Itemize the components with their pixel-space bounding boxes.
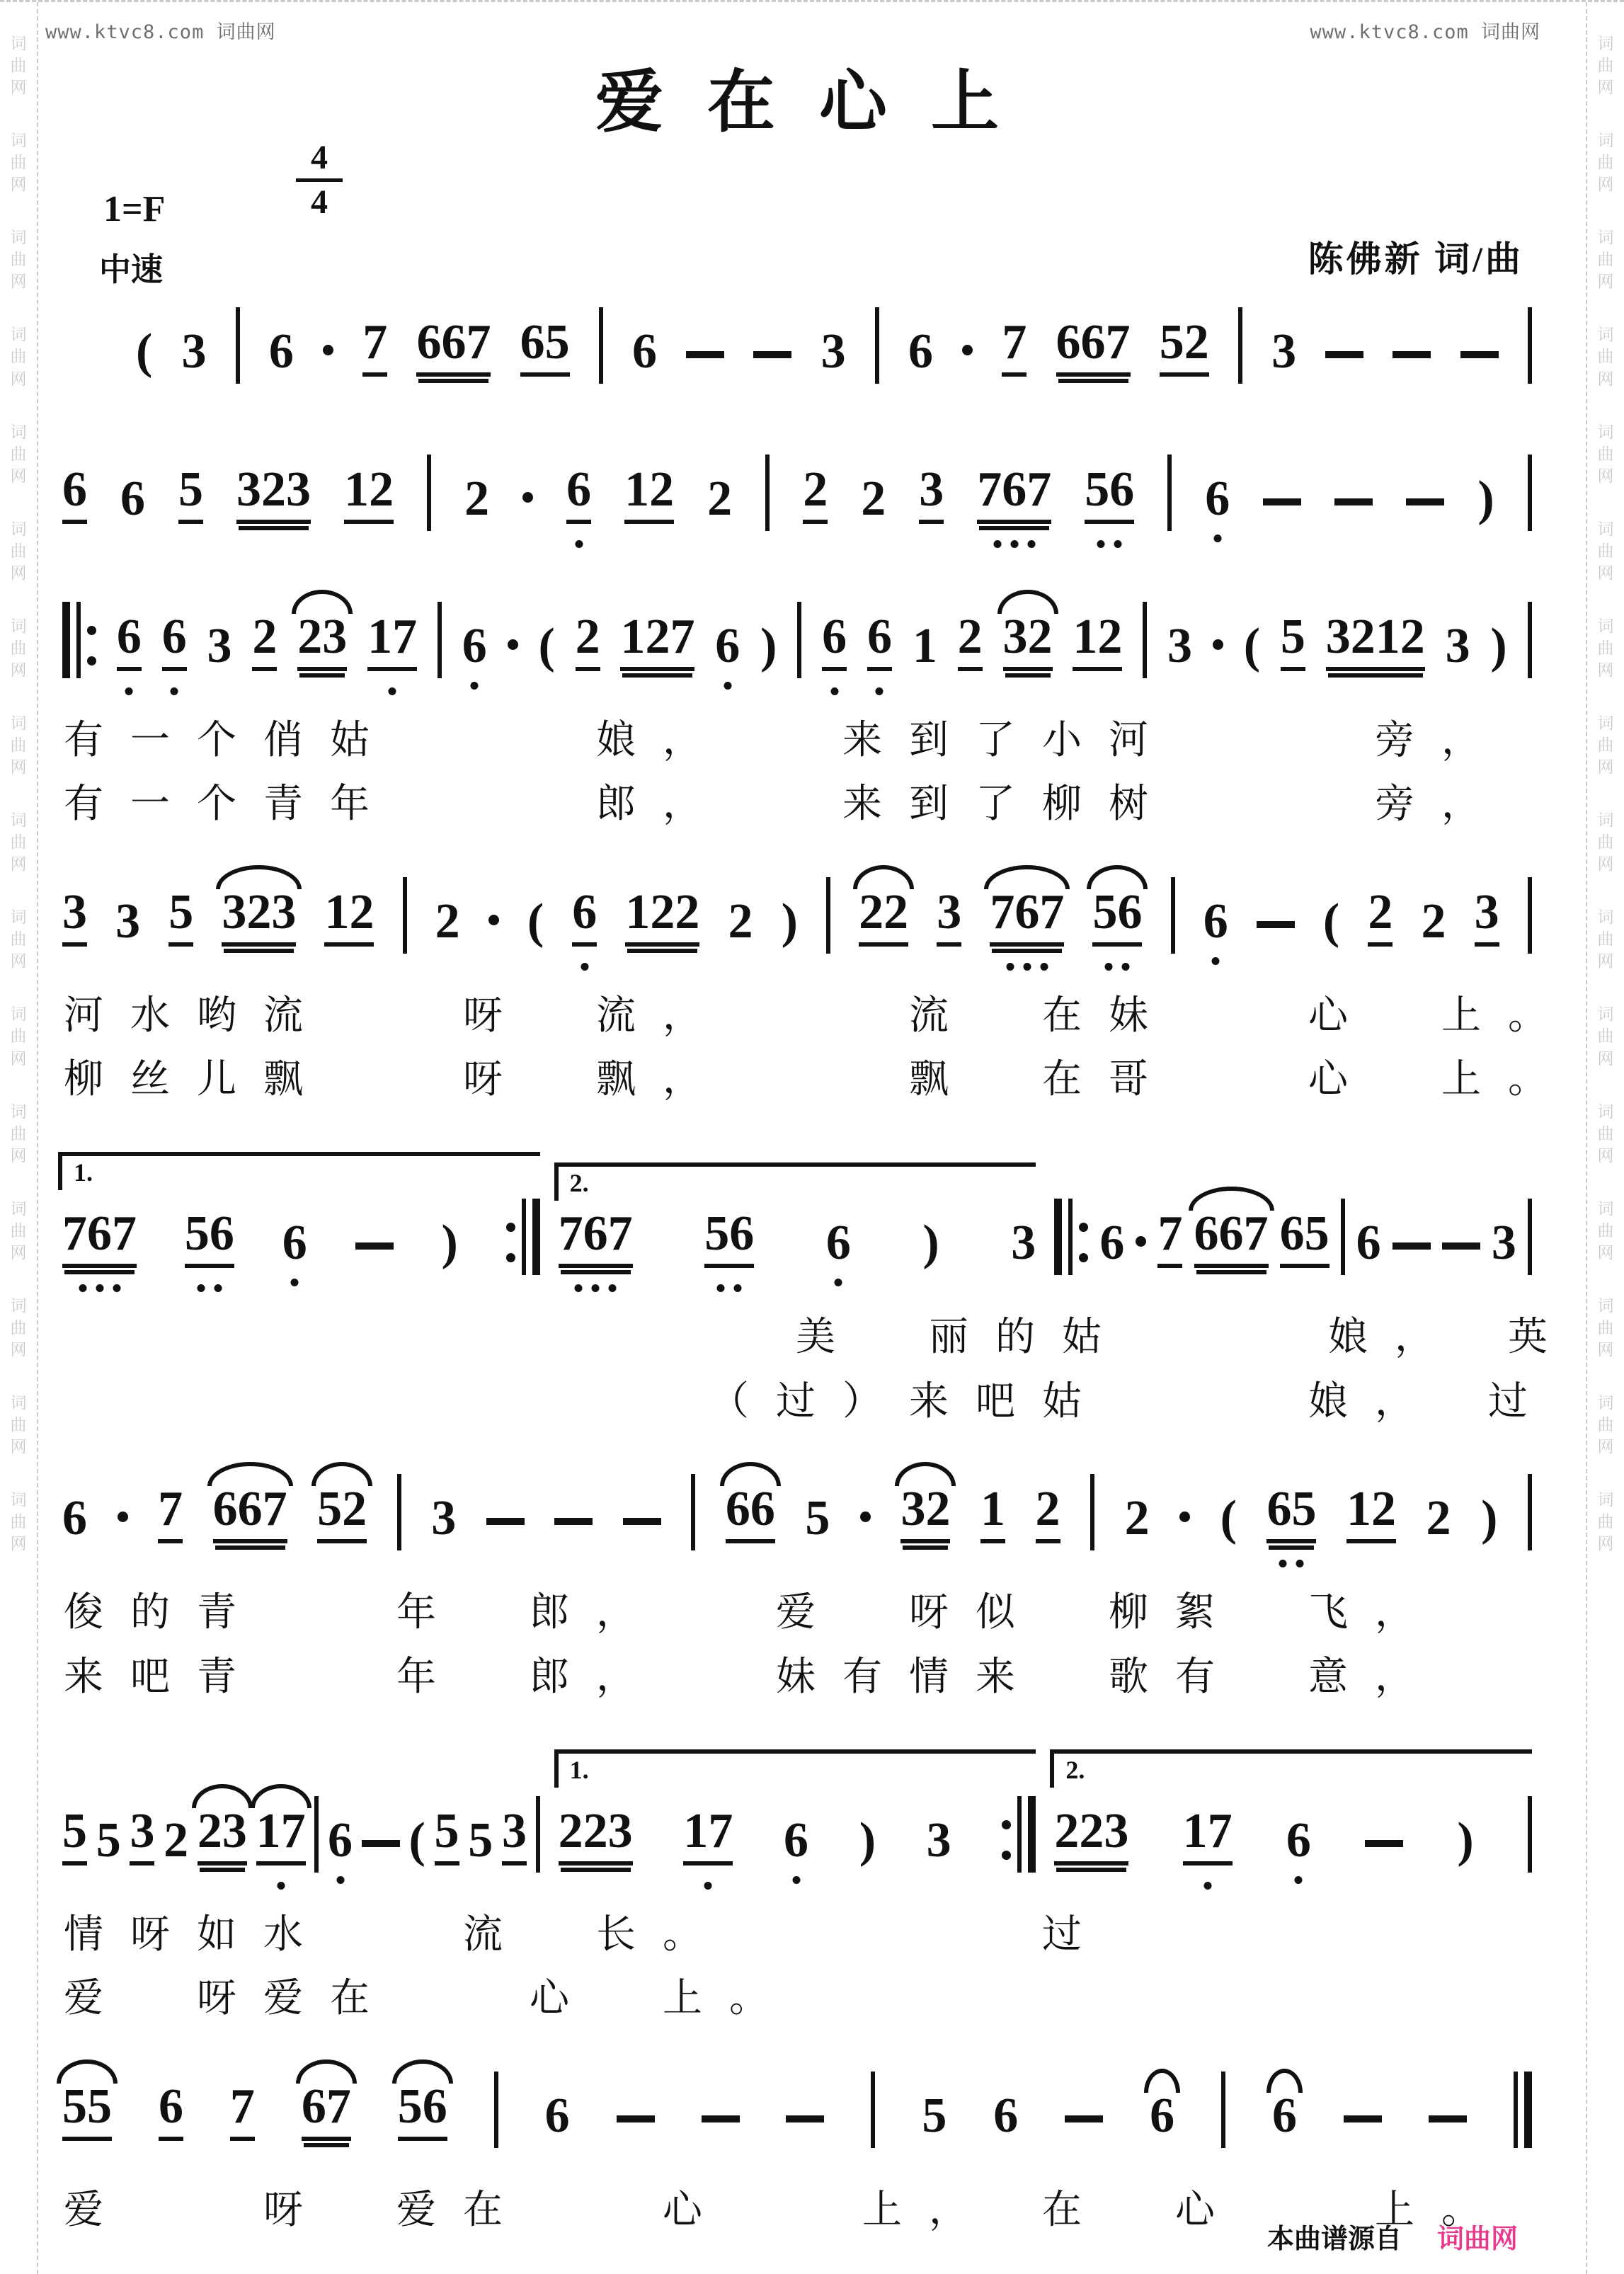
augmentation-dot — [118, 1512, 128, 1522]
note: 5 — [1281, 612, 1305, 671]
note: 2 — [1036, 1485, 1060, 1543]
note: 7 — [362, 318, 387, 377]
low-octave-dots — [471, 682, 479, 690]
volta-ending: 1.223176)3 — [559, 1749, 1036, 1866]
sidebar-watermark-text: 词 曲 网 — [1587, 1393, 1624, 1458]
note: 3 — [937, 888, 961, 947]
low-octave-dots — [1213, 535, 1221, 542]
notation-row: 5567675665666 — [57, 2050, 1538, 2169]
low-octave-dots — [1097, 540, 1122, 548]
note: 66 — [726, 1485, 775, 1543]
barline — [1054, 1199, 1062, 1275]
sidebar-watermark-text: 词 曲 网 — [0, 519, 37, 585]
note: ) — [1481, 1494, 1497, 1543]
rest-dash — [623, 1518, 661, 1525]
source-prefix: 本曲谱源自 — [1267, 2223, 1402, 2254]
barline — [397, 1474, 401, 1550]
sidebar-watermark-text: 词 曲 网 — [1587, 616, 1624, 682]
rest-dash — [355, 1242, 394, 1250]
note: 67 — [302, 2082, 351, 2141]
augmentation-dot — [1179, 1512, 1190, 1522]
system-row: 6766752366532122(65122)俊的青 年 郎， 爱 呀似 柳絮 … — [57, 1453, 1538, 1700]
low-octave-dots — [125, 687, 133, 695]
note: 7 — [158, 1485, 183, 1543]
note: ) — [1477, 474, 1494, 524]
note: 1 — [980, 1485, 1005, 1543]
note: 3 — [1446, 622, 1470, 671]
rest-dash — [1257, 921, 1295, 928]
sheet-music-page: 词 曲 网词 曲 网词 曲 网词 曲 网词 曲 网词 曲 网词 曲 网词 曲 网… — [0, 0, 1624, 2274]
low-octave-dots — [79, 1284, 120, 1292]
barline — [1524, 2072, 1532, 2148]
note: 6 — [120, 474, 145, 524]
system-row: 1.767566)2.767566)3676676563 美 丽的姑 娘， 英 … — [57, 1131, 1538, 1424]
barline — [1171, 877, 1175, 954]
note: 2 — [1125, 1494, 1150, 1543]
note: 767 — [62, 1209, 137, 1268]
note: 6 — [1205, 474, 1230, 524]
barline — [1017, 1796, 1022, 1873]
notation-row: 663223176(21276)661232123(532123) — [57, 581, 1538, 699]
note: 55 — [62, 2082, 112, 2141]
volta-label: 1. — [570, 1755, 589, 1785]
note: 23 — [198, 1807, 247, 1866]
sidebar-watermark-text: 词 曲 网 — [1587, 33, 1624, 99]
barline — [871, 2072, 875, 2148]
sidebar-watermark-text: 词 曲 网 — [0, 1102, 37, 1167]
note: 6 — [1203, 897, 1228, 947]
note: 5 — [178, 465, 203, 524]
meta-area: 1=F 4 4 中速 陈佛新 词/曲 — [57, 144, 1538, 286]
note: 2 — [576, 612, 600, 671]
note: 52 — [317, 1485, 367, 1543]
barline — [1528, 1796, 1532, 1873]
sidebar-watermark-text: 词 曲 网 — [0, 1199, 37, 1264]
note: 22 — [859, 888, 908, 947]
note: 7 — [230, 2082, 255, 2141]
note: 767 — [990, 888, 1064, 947]
sidebar-watermark-text: 词 曲 网 — [0, 1490, 37, 1555]
low-octave-dots — [830, 687, 838, 695]
low-octave-dots — [1105, 963, 1130, 971]
barline-group — [62, 602, 96, 678]
note: 17 — [1183, 1807, 1233, 1866]
note: ) — [760, 622, 777, 671]
barline — [536, 1796, 540, 1873]
note: 56 — [1092, 888, 1142, 947]
note: 6 — [867, 612, 892, 671]
note: 65 — [1280, 1209, 1329, 1268]
note: 667 — [213, 1485, 287, 1543]
note: ( — [408, 1816, 425, 1866]
barline — [403, 877, 407, 954]
low-octave-dots — [171, 687, 178, 695]
barline — [765, 455, 770, 531]
augmentation-dot — [522, 492, 533, 503]
rest-dash — [753, 351, 791, 358]
volta-label: 2. — [1065, 1755, 1085, 1785]
note: 6 — [162, 612, 187, 671]
barline — [1528, 1474, 1532, 1550]
note: ( — [538, 622, 554, 671]
note: 12 — [1073, 612, 1122, 671]
lyrics-row: 来吧青 年 郎， 妹有情来 歌有 意， — [64, 1655, 1538, 1700]
barline — [522, 1199, 526, 1275]
sidebar-watermark-text: 词 曲 网 — [1587, 130, 1624, 196]
time-signature: 4 4 — [296, 139, 343, 222]
note: 323 — [236, 465, 311, 524]
source-site-link[interactable]: 词曲网 — [1437, 2223, 1518, 2254]
barline-group — [1002, 1796, 1036, 1873]
note: 2 — [728, 897, 753, 947]
augmentation-dot — [1213, 639, 1223, 650]
sidebar-watermark-text: 词 曲 网 — [1587, 324, 1624, 390]
note: 3212 — [1326, 612, 1425, 671]
barline — [1221, 2072, 1225, 2148]
barline — [1068, 1199, 1073, 1275]
score-content: 爱在心上 1=F 4 4 中速 陈佛新 词/曲 (367667656367667… — [57, 2, 1538, 2261]
volta-label: 1. — [74, 1158, 93, 1187]
notation-row: 6653231226122223767566) — [57, 433, 1538, 552]
note: ) — [441, 1218, 457, 1268]
note: 2 — [252, 612, 277, 671]
sidebar-watermark-text: 词 曲 网 — [1587, 810, 1624, 876]
note: 6 — [572, 888, 597, 947]
note: 6 — [1286, 1816, 1311, 1866]
note: 6 — [1272, 2091, 1297, 2141]
repeat-dots — [1079, 1214, 1088, 1271]
system-row: 335323122(61222)223767566(223河水哟流 呀 流， 流… — [57, 856, 1538, 1103]
low-octave-dots — [197, 1284, 222, 1292]
note: 65 — [520, 318, 570, 377]
note: ) — [1490, 622, 1506, 671]
barline — [599, 307, 603, 384]
note: 2 — [803, 465, 828, 524]
notation-row: 6766752366532122(65122) — [57, 1453, 1538, 1572]
note: ) — [859, 1816, 876, 1866]
note: 23 — [297, 612, 347, 671]
low-octave-dots — [575, 540, 583, 548]
score: (367667656367667523665323122612222376756… — [57, 286, 1538, 2233]
barline-group — [506, 1199, 540, 1275]
left-watermark-rail: 词 曲 网词 曲 网词 曲 网词 曲 网词 曲 网词 曲 网词 曲 网词 曲 网… — [0, 2, 38, 2274]
barline — [1341, 1199, 1345, 1275]
note: ) — [782, 897, 798, 947]
note: 3 — [1167, 622, 1192, 671]
low-octave-dots — [717, 1284, 742, 1292]
sidebar-watermark-text: 词 曲 网 — [0, 130, 37, 196]
note: 12 — [1346, 1485, 1396, 1543]
note: 667 — [416, 318, 491, 377]
lyrics-row: 情呀如水 流 长。 过 — [64, 1912, 1538, 1958]
time-signature-top: 4 — [296, 139, 343, 182]
source-footer: 本曲谱源自词曲网 — [1267, 2217, 1518, 2256]
note: 17 — [367, 612, 417, 671]
barline — [875, 307, 879, 384]
note: 6 — [822, 612, 847, 671]
note: 6 — [826, 1218, 851, 1268]
sidebar-watermark-text: 词 曲 网 — [0, 227, 37, 293]
low-octave-dots — [291, 1279, 299, 1286]
note: 2 — [861, 474, 886, 524]
note: 3 — [1492, 1218, 1516, 1268]
barline — [797, 602, 801, 678]
rest-dash — [486, 1518, 525, 1525]
barline — [314, 1796, 319, 1873]
barline — [1528, 1199, 1532, 1275]
song-title: 爱在心上 — [57, 67, 1538, 139]
barline — [62, 602, 70, 678]
note: 3 — [1475, 888, 1499, 947]
note: ) — [922, 1218, 939, 1268]
note: 6 — [62, 465, 87, 524]
note: ( — [136, 327, 152, 377]
rest-dash — [1334, 498, 1373, 505]
note: 5 — [468, 1816, 493, 1866]
barline — [1238, 307, 1242, 384]
sidebar-watermark-text: 词 曲 网 — [0, 33, 37, 99]
rest-dash — [1365, 1840, 1403, 1847]
barline-group — [1054, 1199, 1088, 1275]
note: 6 — [632, 327, 657, 377]
sidebar-watermark-text: 词 曲 网 — [0, 1393, 37, 1458]
low-octave-dots — [993, 540, 1035, 548]
note: 6 — [159, 2082, 183, 2141]
note: 12 — [624, 465, 674, 524]
note: 2 — [164, 1816, 188, 1866]
rest-dash — [1065, 2115, 1103, 2122]
rest-dash — [1263, 498, 1301, 505]
barline — [1167, 455, 1172, 531]
note: 6 — [462, 622, 487, 671]
note: 2 — [1421, 897, 1446, 947]
note: 5 — [435, 1807, 459, 1866]
note: 12 — [324, 888, 374, 947]
lyrics-row: 有一个俏姑 娘， 来到了小河 旁， — [64, 718, 1538, 763]
system-row: (367667656367667523 — [57, 286, 1538, 405]
sidebar-watermark-text: 词 曲 网 — [0, 1296, 37, 1361]
note: 667 — [1194, 1209, 1269, 1268]
note: 3 — [927, 1816, 951, 1866]
lyrics-row: 爱 呀爱在 心 上。 — [64, 1976, 1538, 2021]
barline — [438, 602, 442, 678]
barline — [826, 877, 830, 954]
note: ( — [1244, 622, 1260, 671]
lyrics-row: 有一个青年 郎， 来到了柳树 旁， — [64, 782, 1538, 827]
sidebar-watermark-text: 词 曲 网 — [1587, 1004, 1624, 1070]
notation-row: 553223176(5531.223176)32.223176) — [57, 1728, 1538, 1894]
rest-dash — [1460, 351, 1499, 358]
sidebar-watermark-text: 词 曲 网 — [1587, 1199, 1624, 1264]
note: 127 — [620, 612, 694, 671]
rest-dash — [1429, 2115, 1467, 2122]
lyrics-row: 柳丝儿飘 呀 飘， 飘 在哥 心 上。 — [64, 1057, 1538, 1102]
low-octave-dots — [704, 1882, 712, 1890]
augmentation-dot — [488, 915, 499, 925]
rest-dash — [617, 2115, 655, 2122]
time-signature-bottom: 4 — [296, 182, 343, 222]
note: ( — [527, 897, 544, 947]
sidebar-watermark-text: 词 曲 网 — [1587, 713, 1624, 779]
notation-row: 1.767566)2.767566)3676676563 — [57, 1131, 1538, 1296]
note: 3 — [919, 465, 944, 524]
low-octave-dots — [389, 687, 396, 695]
volta-ending: 1.767566) — [62, 1152, 540, 1268]
augmentation-dot — [508, 639, 518, 650]
note: 5 — [805, 1494, 830, 1543]
note: 3 — [130, 1807, 154, 1866]
barline — [494, 2072, 498, 2148]
barline — [1514, 2072, 1518, 2148]
note: 12 — [344, 465, 394, 524]
barline — [1090, 1474, 1094, 1550]
composer-credit: 陈佛新 词/曲 — [1308, 231, 1523, 282]
sidebar-watermark-text: 词 曲 网 — [0, 810, 37, 876]
note: 6 — [908, 327, 933, 377]
low-octave-dots — [336, 1876, 344, 1884]
rest-dash — [1344, 2115, 1382, 2122]
low-octave-dots — [1279, 1560, 1304, 1567]
note: 667 — [1056, 318, 1131, 377]
rest-dash — [1406, 498, 1444, 505]
lyrics-row: 美 丽的姑 娘， 英 — [64, 1315, 1538, 1360]
augmentation-dot — [962, 345, 973, 355]
system-row: 6653231226122223767566) — [57, 433, 1538, 552]
right-watermark-rail: 词 曲 网词 曲 网词 曲 网词 曲 网词 曲 网词 曲 网词 曲 网词 曲 网… — [1586, 2, 1624, 2274]
low-octave-dots — [835, 1279, 842, 1286]
note: 6 — [117, 612, 142, 671]
note: 17 — [256, 1807, 306, 1866]
note: 1 — [913, 622, 937, 671]
note: 6 — [1099, 1218, 1124, 1268]
tempo-marking: 中速 — [99, 244, 163, 290]
repeat-dots — [1002, 1812, 1011, 1868]
barline — [1528, 455, 1532, 531]
sidebar-watermark-text: 词 曲 网 — [0, 713, 37, 779]
barline — [1528, 602, 1532, 678]
sidebar-watermark-text: 词 曲 网 — [0, 907, 37, 973]
low-octave-dots — [1212, 957, 1220, 965]
low-octave-dots — [581, 963, 588, 971]
rest-dash — [1325, 351, 1363, 358]
note: ( — [1323, 897, 1339, 947]
notation-row: (367667656367667523 — [57, 286, 1538, 405]
volta-label: 2. — [570, 1168, 589, 1198]
volta-ending: 2.767566)3 — [559, 1162, 1036, 1268]
note: 56 — [1085, 465, 1134, 524]
note: 3 — [62, 888, 87, 947]
low-octave-dots — [1295, 1876, 1303, 1884]
barline — [76, 602, 81, 678]
lyrics-row: （过）来吧姑 娘， 过 — [64, 1379, 1538, 1424]
augmentation-dot — [323, 345, 333, 355]
note: 2 — [435, 897, 460, 947]
barline — [1528, 307, 1532, 384]
watermark-top-right: www.ktvc8.com 词曲网 — [1310, 16, 1540, 44]
notation-row: 335323122(61222)223767566(223 — [57, 856, 1538, 975]
note: 6 — [993, 2091, 1018, 2141]
note: 3 — [821, 327, 846, 377]
note: 2 — [958, 612, 983, 671]
repeat-dots — [87, 617, 96, 674]
note: 3 — [1271, 327, 1296, 377]
note: 223 — [1054, 1807, 1128, 1866]
rest-dash — [1393, 351, 1431, 358]
volta-ending: 2.223176) — [1054, 1749, 1532, 1866]
barline — [1528, 877, 1532, 954]
note: ( — [1220, 1494, 1237, 1543]
low-octave-dots — [277, 1882, 285, 1890]
note: 2 — [1426, 1494, 1451, 1543]
system-row: 5567675665666爱 呀 爱在 心 上， 在 心 上。 — [57, 2050, 1538, 2233]
note: 6 — [62, 1494, 87, 1543]
system-row: 553223176(5531.223176)32.223176)情呀如水 流 长… — [57, 1728, 1538, 2022]
barline — [427, 455, 431, 531]
note: 3 — [182, 327, 207, 377]
lyrics-row: 俊的青 年 郎， 爱 呀似 柳絮 飞， — [64, 1590, 1538, 1635]
sidebar-watermark-text: 词 曲 网 — [1587, 1102, 1624, 1167]
low-octave-dots — [724, 682, 731, 690]
low-octave-dots — [876, 687, 884, 695]
sidebar-watermark-text: 词 曲 网 — [1587, 907, 1624, 973]
measure-segment: 553223176(553 — [62, 1796, 540, 1866]
note: 56 — [704, 1209, 754, 1268]
sidebar-watermark-text: 词 曲 网 — [1587, 519, 1624, 585]
note: 32 — [900, 1485, 950, 1543]
low-octave-dots — [1006, 963, 1048, 971]
note: 5 — [62, 1807, 87, 1866]
note: 7 — [1002, 318, 1027, 377]
note: 3 — [207, 622, 232, 671]
note: 6 — [1356, 1218, 1381, 1268]
rest-dash — [786, 2115, 824, 2122]
note: 6 — [566, 465, 591, 524]
note: 3 — [1011, 1218, 1036, 1268]
low-octave-dots — [792, 1876, 800, 1884]
note: ) — [1457, 1816, 1473, 1866]
rest-dash — [702, 2115, 740, 2122]
note: 223 — [559, 1807, 633, 1866]
note: 767 — [977, 465, 1051, 524]
note: 6 — [269, 327, 294, 377]
note: 6 — [784, 1816, 808, 1866]
sidebar-watermark-text: 词 曲 网 — [1587, 1490, 1624, 1555]
rest-dash — [1393, 1242, 1431, 1250]
note: 7 — [1157, 1209, 1182, 1268]
sidebar-watermark-text: 词 曲 网 — [0, 422, 37, 488]
barline — [691, 1474, 695, 1550]
note: 2 — [1368, 888, 1393, 947]
low-octave-dots — [575, 1284, 617, 1292]
note: 65 — [1266, 1485, 1316, 1543]
barline — [532, 1199, 540, 1275]
watermark-top-left: www.ktvc8.com 词曲网 — [45, 16, 276, 44]
note: 5 — [922, 2091, 947, 2141]
note: 17 — [683, 1807, 733, 1866]
repeat-dots — [506, 1214, 515, 1271]
rest-dash — [362, 1840, 400, 1847]
note: 767 — [559, 1209, 633, 1268]
note: 3 — [502, 1807, 527, 1866]
barline — [1028, 1796, 1036, 1873]
barline-group — [1514, 2072, 1532, 2148]
sidebar-watermark-text: 词 曲 网 — [1587, 422, 1624, 488]
sidebar-watermark-text: 词 曲 网 — [1587, 227, 1624, 293]
barline — [1143, 602, 1147, 678]
note: 56 — [185, 1209, 234, 1268]
note: 32 — [1003, 612, 1053, 671]
sidebar-watermark-text: 词 曲 网 — [0, 324, 37, 390]
